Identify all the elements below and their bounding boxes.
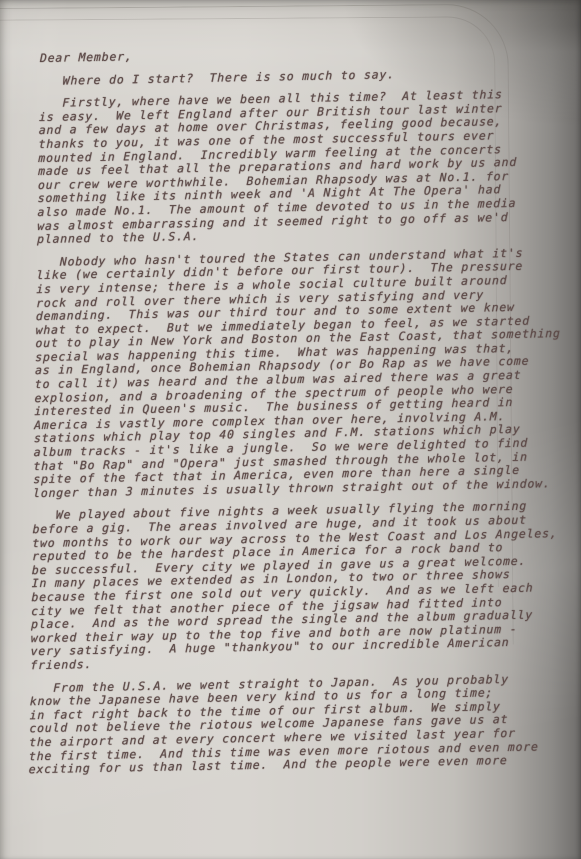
letter-body: Dear Member, Where do I start? There is … xyxy=(28,42,575,786)
letter-paragraph-intro: Where do I start? There is so much to sa… xyxy=(39,64,574,88)
letter-paragraph-usa-tour: Nobody who hasn't toured the States can … xyxy=(33,246,572,501)
letter-paragraph-england-tour: Firstly, where have we been all this tim… xyxy=(37,87,574,247)
letter-paragraph-touring-schedule: We played about five nights a week usual… xyxy=(30,499,568,672)
letter-salutation: Dear Member, xyxy=(40,42,575,66)
scanned-letter-page: Dear Member, Where do I start? There is … xyxy=(0,0,581,859)
letter-paragraph-japan: From the U.S.A. we went straight to Japa… xyxy=(29,671,565,776)
